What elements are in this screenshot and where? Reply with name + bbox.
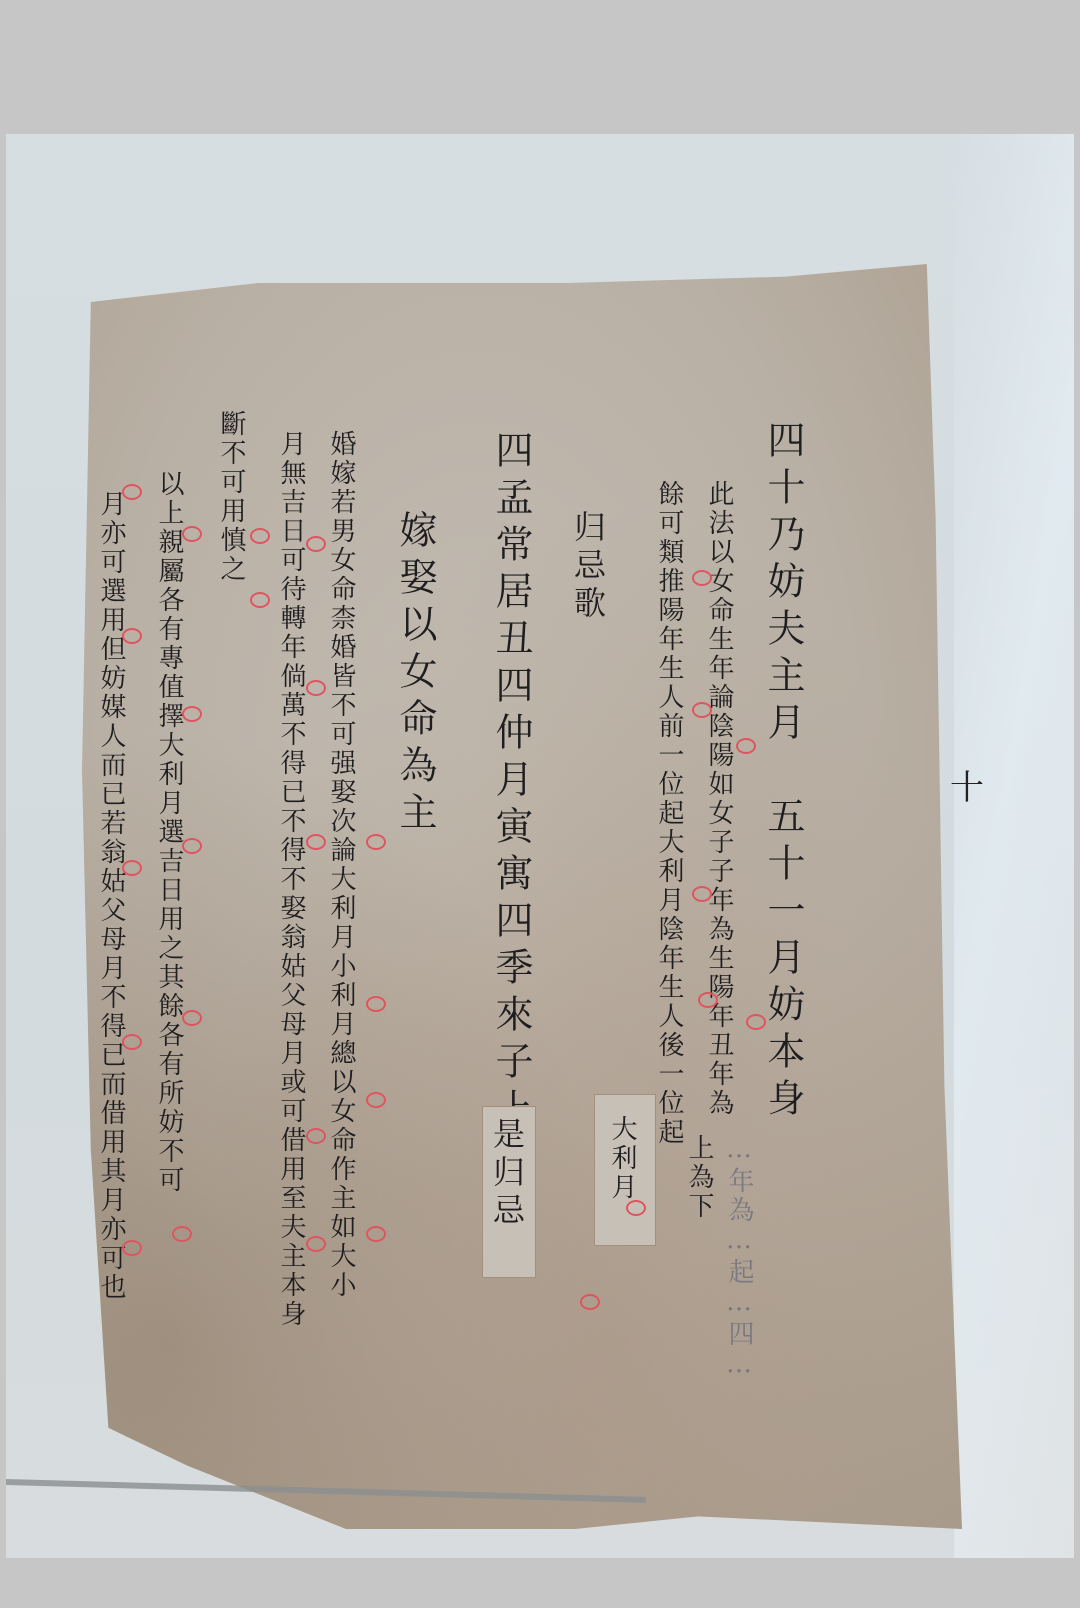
punctuation-mark bbox=[692, 570, 712, 586]
punctuation-mark bbox=[746, 1014, 766, 1030]
patch-2-text: 大利月 bbox=[609, 1115, 635, 1202]
punctuation-mark bbox=[366, 1226, 386, 1242]
punctuation-mark bbox=[366, 1092, 386, 1108]
punctuation-mark bbox=[306, 1128, 326, 1144]
punctuation-mark bbox=[366, 834, 386, 850]
punctuation-mark bbox=[306, 680, 326, 696]
column-6-heading: 嫁娶以女命為主 bbox=[396, 510, 434, 839]
punctuation-mark bbox=[366, 996, 386, 1012]
punctuation-mark bbox=[692, 886, 712, 902]
punctuation-mark bbox=[182, 838, 202, 854]
patch-3-text: 上為下 bbox=[686, 1134, 712, 1221]
punctuation-mark bbox=[692, 702, 712, 718]
punctuation-mark bbox=[182, 706, 202, 722]
photograph: 四十乃妨夫主月 五十一月妨本身 此法以女命生年論陰陽如女子子年為生陽年丑年為 餘… bbox=[6, 134, 1074, 1558]
column-1-heading: 四十乃妨夫主月 五十一月妨本身 bbox=[764, 420, 802, 1125]
punctuation-mark bbox=[736, 738, 756, 754]
paper-patch-2: 大利月 bbox=[594, 1094, 656, 1246]
punctuation-mark bbox=[122, 860, 142, 876]
column-10-text: 以上親屬各有專值擇大利月選吉日用之其餘各有所妨不可 bbox=[156, 470, 182, 1195]
column-11-text: 月亦可選用但妨媒人而已若翁姑父母月不得已而借用其月亦可也 bbox=[98, 490, 124, 1302]
punctuation-mark bbox=[250, 528, 270, 544]
column-3-text: 餘可類推陽年生人前一位起大利月陰年生人後一位起 bbox=[656, 480, 682, 1147]
punctuation-mark bbox=[172, 1226, 192, 1242]
punctuation-mark bbox=[580, 1294, 600, 1310]
column-5-verse: 四孟常居丑四仲月寅寓四季來子上此 bbox=[492, 430, 530, 1182]
light-glare bbox=[954, 134, 1074, 1558]
column-8-text: 月無吉日可待轉年倘萬不得已不得不娶翁姑父母月或可借用至夫主本身 bbox=[278, 430, 304, 1329]
column-7-text: 婚嫁若男女命柰婚皆不可强娶次論大利月小利月總以女命作主如大小 bbox=[328, 430, 354, 1300]
punctuation-mark bbox=[250, 592, 270, 608]
punctuation-mark bbox=[306, 536, 326, 552]
bleedthrough-text: …年為…起…四… bbox=[726, 1134, 752, 1382]
punctuation-mark bbox=[122, 484, 142, 500]
punctuation-mark bbox=[626, 1200, 646, 1216]
patch-1-text: 是归忌 bbox=[491, 1117, 523, 1231]
column-9-text: 斷不可用慎之 bbox=[218, 410, 244, 584]
column-2-text: 此法以女命生年論陰陽如女子子年為生陽年丑年為 bbox=[706, 480, 732, 1240]
punctuation-mark bbox=[122, 1034, 142, 1050]
column-4-title: 归忌歌 bbox=[572, 510, 604, 624]
punctuation-mark bbox=[306, 1236, 326, 1252]
paper-patch-1: 是归忌 bbox=[482, 1106, 536, 1278]
page-number-fragment: 十 bbox=[950, 760, 984, 809]
punctuation-mark bbox=[182, 1010, 202, 1026]
punctuation-mark bbox=[306, 834, 326, 850]
punctuation-mark bbox=[182, 526, 202, 542]
punctuation-mark bbox=[698, 992, 718, 1008]
punctuation-mark bbox=[122, 628, 142, 644]
punctuation-mark bbox=[122, 1240, 142, 1256]
